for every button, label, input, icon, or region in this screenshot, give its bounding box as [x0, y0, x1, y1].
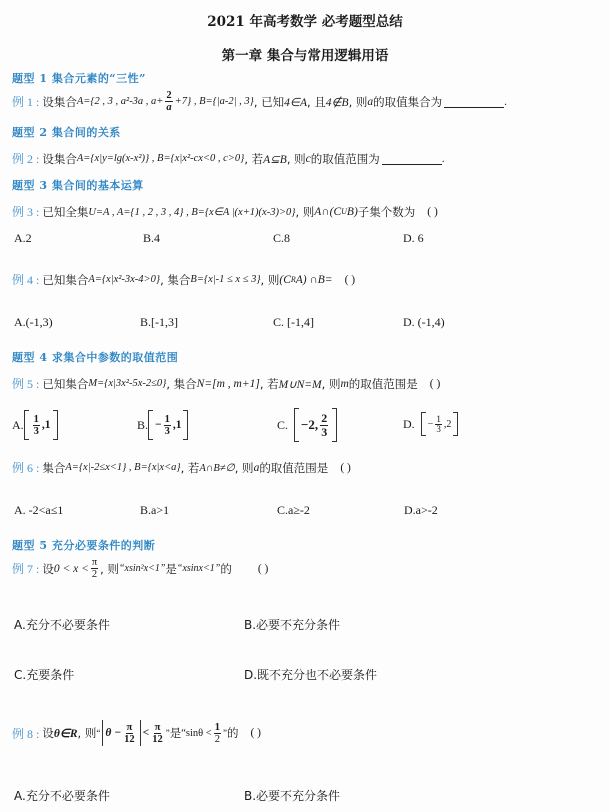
example-label: 例 6 : [12, 459, 39, 476]
text: 的取值范围为 [311, 151, 380, 167]
text: 已知集合 [42, 376, 88, 392]
section-heading-5: 题型 5 充分必要条件的判断 [12, 537, 155, 553]
text: , 若 [260, 376, 279, 392]
text: 是 [170, 725, 182, 741]
text: , 则 [100, 561, 119, 577]
text: 已知全集 [42, 204, 88, 220]
math-expr: ,2 [444, 419, 452, 430]
math-expr: N=[m , m+1] [197, 378, 260, 390]
option-c[interactable]: C. −2, 23 [277, 408, 337, 442]
text: , 集合 [160, 272, 190, 288]
option-b[interactable]: B.必要不充分条件 [244, 787, 340, 804]
example-3: 例 3 : 已知全集 U=A , A={1 , 2 , 3 , 4} , B={… [12, 203, 438, 220]
option-key: C. [277, 418, 288, 433]
denominator: a [165, 102, 172, 113]
math-expr: m [340, 378, 348, 390]
numerator: 2 [320, 412, 328, 426]
right-bracket [183, 410, 188, 440]
numerator: 1 [214, 722, 221, 734]
section-heading-3: 题型 3 集合间的基本运算 [12, 177, 144, 193]
denominator: 12 [151, 734, 164, 745]
left-bracket [24, 410, 29, 440]
option-b[interactable]: B.4 [143, 231, 160, 246]
option-b[interactable]: B. − 13 ,1 [137, 410, 188, 440]
example-1: 例 1 : 设集合 A={2 , 3 , a²-3a , a+ 2a +7} ,… [12, 90, 507, 113]
math-expr: +7} , B={|a-2| , 3} [175, 96, 254, 107]
numerator: π [154, 722, 162, 734]
right-bracket [332, 408, 337, 442]
text: 设 [42, 725, 54, 741]
option-a[interactable]: A.2 [14, 231, 32, 246]
option-d[interactable]: D. 6 [403, 231, 424, 246]
interval: − 13 ,2 [421, 412, 459, 436]
example-6: 例 6 : 集合 A={x|-2≤x<1} , B={x|x<a} , 若 A∩… [12, 459, 351, 476]
denominator: 3 [320, 426, 328, 439]
text: 的取值范围是 [259, 460, 328, 476]
math-expr: 4∈A [284, 95, 307, 109]
math-expr: ,1 [173, 419, 182, 431]
math-expr: ,1 [42, 419, 51, 431]
text: 设集合 [42, 151, 77, 167]
math-expr: A∩B≠∅ [199, 462, 234, 474]
example-4: 例 4 : 已知集合 A={x|x²-3x-4>0} , 集合 B={x|-1 … [12, 271, 355, 288]
fraction: 2a [165, 90, 172, 113]
document-title: 2021 年高考数学 必考题型总结 [0, 10, 610, 30]
math-expr: “xsin²x<1” [119, 563, 165, 574]
option-key: D. [403, 417, 415, 432]
option-a[interactable]: A.充分不必要条件 [14, 616, 110, 633]
math-expr: M={x|3x²-5x-2≤0} [88, 378, 166, 389]
math-expr: A={x|x²-3x-4>0} [88, 274, 160, 285]
text: , 且 [307, 94, 326, 110]
interval: − 13 ,1 [148, 410, 188, 440]
option-d[interactable]: D.a>-2 [404, 503, 438, 518]
abs-bar-right [140, 720, 141, 746]
math-expr: −2, [301, 417, 318, 433]
example-5: 例 5 : 已知集合 M={x|3x²-5x-2≤0} , 集合 N=[m , … [12, 375, 440, 392]
text: 是 [165, 561, 177, 577]
chapter-title: 第一章 集合与常用逻辑用语 [0, 44, 610, 64]
math-expr: A∩(C [314, 206, 341, 218]
example-8: 例 8 : 设 θ∈R , 则 “ θ − π12 < π12 ” 是 “sin… [12, 720, 261, 746]
math-expr: A={x|-2≤x<1} , B={x|x<a} [65, 462, 180, 473]
option-a[interactable]: A.(-1,3) [14, 315, 53, 330]
answer-parentheses[interactable]: ( ) [340, 462, 351, 474]
example-label: 例 3 : [12, 203, 39, 220]
numerator: 1 [164, 414, 171, 426]
answer-blank[interactable] [382, 153, 442, 165]
interval: −2, 23 [294, 408, 337, 442]
option-a[interactable]: A.充分不必要条件 [14, 787, 110, 804]
option-d[interactable]: D. (-1,4) [403, 315, 445, 330]
section-heading-4: 题型 4 求集合中参数的取值范围 [12, 349, 178, 365]
math-expr: − [428, 419, 434, 430]
example-label: 例 1 : [12, 93, 39, 110]
text: , 则 [349, 94, 368, 110]
text: , 则 [261, 272, 280, 288]
text: 的取值范围是 [349, 376, 418, 392]
option-b[interactable]: B.必要不充分条件 [244, 616, 340, 633]
fraction: 13 [164, 414, 171, 437]
option-c[interactable]: C.充要条件 [14, 666, 74, 683]
example-label: 例 7 : [12, 560, 39, 577]
text: , 则 [235, 460, 254, 476]
interval: 13 ,1 [24, 410, 58, 440]
quote: “ [96, 728, 100, 738]
denominator: 2 [91, 569, 98, 580]
option-a[interactable]: A. 13 ,1 [12, 410, 58, 440]
text: , 则 [322, 376, 341, 392]
math-expr: < [143, 727, 150, 739]
math-expr: U=A , A={1 , 2 , 3 , 4} , B={x∈A |(x+1)(… [88, 206, 295, 218]
answer-parentheses[interactable]: ( ) [345, 274, 356, 286]
option-d[interactable]: D.既不充分也不必要条件 [244, 666, 377, 683]
numerator: 1 [33, 414, 40, 426]
answer-parentheses[interactable]: ( ) [258, 563, 269, 575]
text: 设集合 [42, 94, 77, 110]
answer-blank[interactable] [444, 96, 504, 108]
text: 设 [42, 561, 54, 577]
text: , 则 [78, 725, 97, 741]
example-label: 例 8 : [12, 725, 39, 742]
abs-bar-left [102, 720, 103, 746]
answer-parentheses[interactable]: ( ) [427, 206, 438, 218]
left-bracket [421, 412, 426, 436]
math-expr: 0 < x < [54, 563, 89, 575]
option-c[interactable]: C. [-1,4] [273, 315, 314, 330]
text: , 已知 [254, 94, 284, 110]
fraction: π12 [151, 722, 164, 745]
text: 的 [220, 561, 232, 577]
math-expr: B={x|-1 ≤ x ≤ 3} [190, 274, 260, 285]
fraction: π12 [123, 722, 136, 745]
answer-parentheses[interactable]: ( ) [250, 727, 261, 739]
math-expr: “sinθ < [181, 728, 212, 739]
denominator: 12 [123, 734, 136, 745]
fraction: 12 [214, 722, 221, 745]
option-b[interactable]: B.a>1 [140, 503, 169, 518]
option-b[interactable]: B.[-1,3] [140, 315, 178, 330]
text: , 若 [181, 460, 200, 476]
text: 已知集合 [42, 272, 88, 288]
math-expr: “xsinx<1” [177, 563, 220, 574]
text: , 则 [287, 151, 306, 167]
text: 的 [227, 725, 239, 741]
option-a[interactable]: A. -2<a≤1 [14, 503, 63, 518]
left-bracket [148, 410, 153, 440]
numerator: π [91, 557, 98, 569]
math-expr: A) ∩B= [296, 274, 333, 286]
option-c[interactable]: C.a≥-2 [277, 503, 310, 518]
section-heading-2: 题型 2 集合间的关系 [12, 124, 121, 140]
math-expr: θ − [105, 727, 121, 739]
text: 的取值集合为 [373, 94, 442, 110]
text: , 集合 [166, 376, 196, 392]
option-c[interactable]: C.8 [273, 231, 290, 246]
option-d[interactable]: D. − 13 ,2 [403, 412, 458, 436]
math-expr: A⊆B [263, 152, 287, 166]
fraction: 23 [320, 412, 328, 439]
example-label: 例 4 : [12, 271, 39, 288]
option-key: A. [12, 418, 24, 433]
math-expr: M∪N=M [279, 377, 322, 391]
period: . [442, 153, 445, 165]
fraction: 13 [33, 414, 40, 437]
section-heading-1: 题型 1 集合元素的“三性” [12, 70, 146, 86]
math-expr: (C [279, 274, 291, 286]
numerator: π [126, 722, 134, 734]
right-bracket [53, 410, 58, 440]
text: , 则 [295, 204, 314, 220]
example-7: 例 7 : 设 0 < x < π2 , 则 “xsin²x<1” 是 “xsi… [12, 557, 268, 580]
answer-parentheses[interactable]: ( ) [430, 378, 441, 390]
denominator: 3 [164, 426, 171, 437]
math-expr: − [155, 419, 162, 431]
text: , 若 [244, 151, 263, 167]
math-expr: B) [347, 206, 358, 218]
option-key: B. [137, 418, 148, 433]
example-2: 例 2 : 设集合 A={x|y=lg(x-x²)} , B={x|x²-cx<… [12, 150, 445, 167]
math-expr: θ∈R [54, 726, 78, 740]
math-expr: A={x|y=lg(x-x²)} , B={x|x²-cx<0 , c>0} [77, 153, 244, 164]
denominator: 2 [214, 734, 221, 745]
numerator: 1 [435, 415, 442, 425]
fraction: π2 [91, 557, 98, 580]
left-bracket [294, 408, 299, 442]
math-expr: A={2 , 3 , a²-3a , a+ [77, 96, 164, 107]
denominator: 3 [33, 426, 40, 437]
math-expr: 4∉B [326, 95, 349, 109]
text: 子集个数为 [358, 204, 416, 220]
text: 集合 [42, 460, 65, 476]
right-bracket [453, 412, 458, 436]
period: . [504, 96, 507, 108]
denominator: 3 [435, 425, 442, 434]
fraction: 13 [435, 415, 442, 434]
example-label: 例 2 : [12, 150, 39, 167]
example-label: 例 5 : [12, 375, 39, 392]
numerator: 2 [165, 90, 172, 102]
